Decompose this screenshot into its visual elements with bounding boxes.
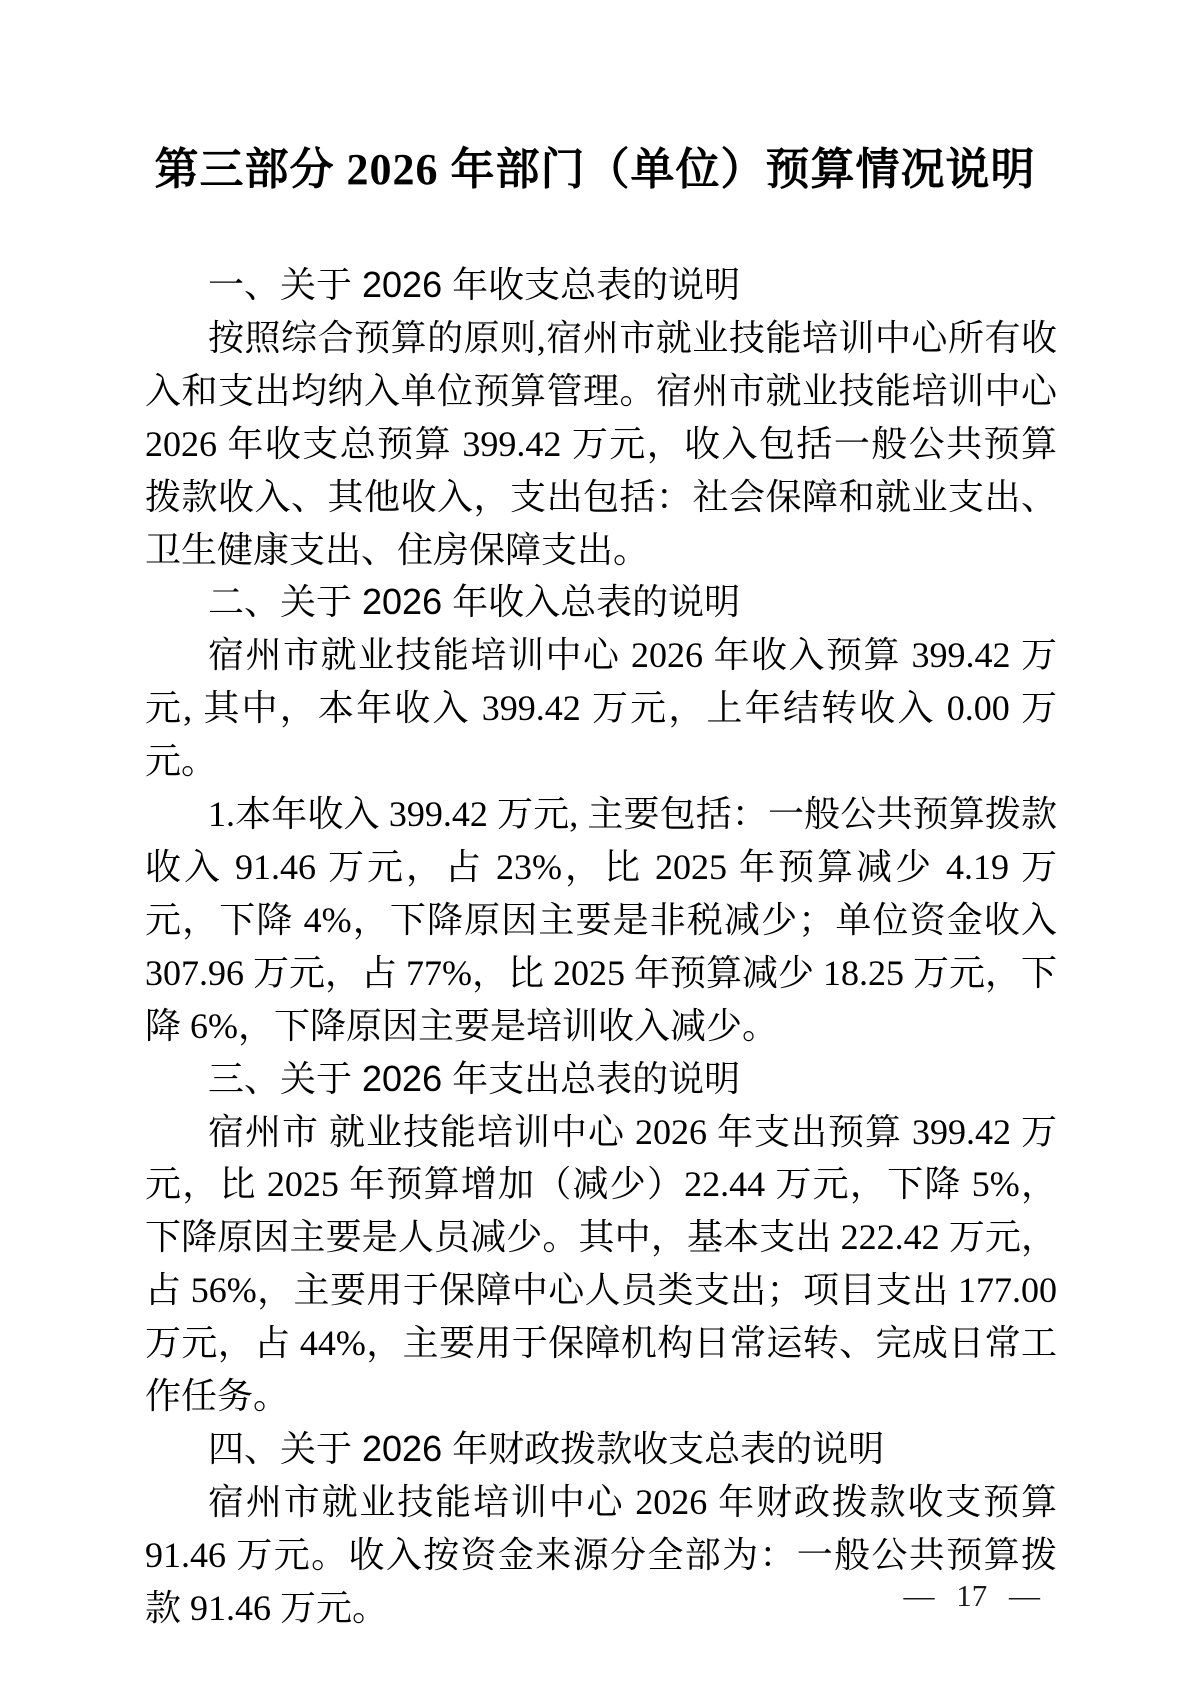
- section-income-table: 二、关于 2026 年收入总表的说明 宿州市就业技能培训中心 2026 年收入预…: [145, 576, 1057, 1052]
- section-expenditure-table: 三、关于 2026 年支出总表的说明 宿州市 就业技能培训中心 2026 年支出…: [145, 1053, 1057, 1423]
- section-heading-2: 二、关于 2026 年收入总表的说明: [145, 576, 1057, 629]
- paragraph: 按照综合预算的原则,宿州市就业技能培训中心所有收入和支出均纳入单位预算管理。宿州…: [145, 312, 1057, 577]
- paragraph: 1.本年收入 399.42 万元, 主要包括：一般公共预算拨款收入 91.46 …: [145, 788, 1057, 1053]
- section-overall-budget: 一、关于 2026 年收支总表的说明 按照综合预算的原则,宿州市就业技能培训中心…: [145, 259, 1057, 576]
- section-heading-1: 一、关于 2026 年收支总表的说明: [145, 259, 1057, 312]
- document-page: 第三部分 2026 年部门（单位）预算情况说明 一、关于 2026 年收支总表的…: [0, 0, 1190, 1683]
- paragraph: 宿州市就业技能培训中心 2026 年收入预算 399.42 万元, 其中，本年收…: [145, 629, 1057, 788]
- section-heading-4: 四、关于 2026 年财政拨款收支总表的说明: [145, 1423, 1057, 1476]
- document-title: 第三部分 2026 年部门（单位）预算情况说明: [0, 0, 1190, 199]
- page-number: — 17 —: [904, 1578, 1041, 1613]
- section-heading-3: 三、关于 2026 年支出总表的说明: [145, 1053, 1057, 1106]
- document-body: 一、关于 2026 年收支总表的说明 按照综合预算的原则,宿州市就业技能培训中心…: [145, 259, 1057, 1635]
- paragraph: 宿州市 就业技能培训中心 2026 年支出预算 399.42 万元，比 2025…: [145, 1106, 1057, 1423]
- page-footer: — 17 —: [904, 1578, 1041, 1614]
